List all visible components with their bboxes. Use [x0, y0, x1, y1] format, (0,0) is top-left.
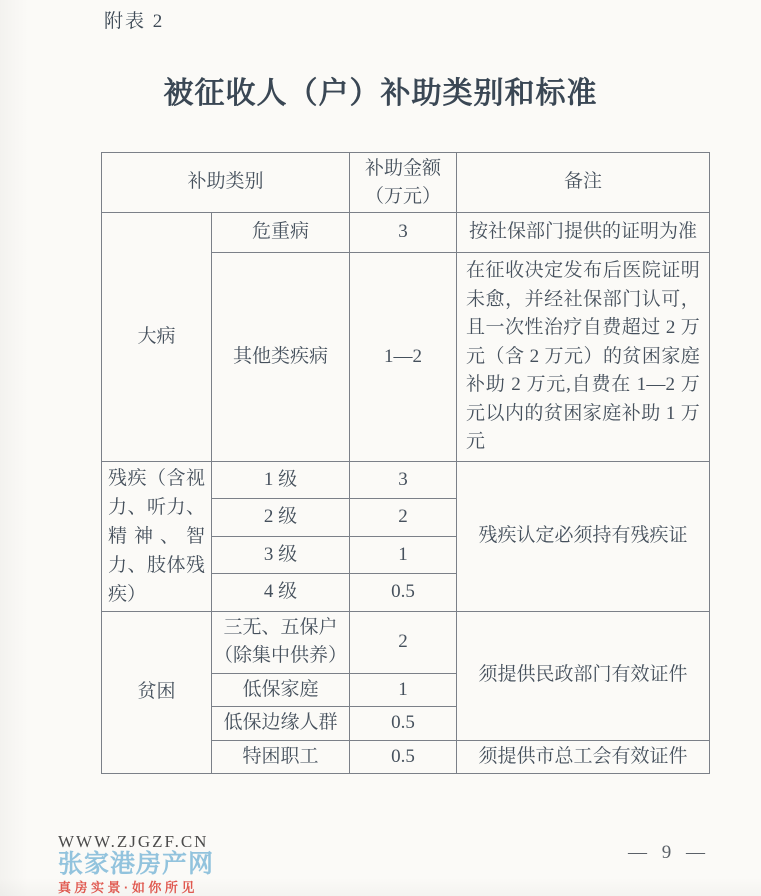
type-cell: 4 级 — [212, 574, 350, 612]
amount-cell: 2 — [350, 499, 457, 537]
type-cell: 3 级 — [212, 536, 350, 574]
amount-cell: 3 — [350, 461, 457, 499]
table-row-critical-illness: 大病 危重病 3 按社保部门提供的证明为准 — [102, 213, 710, 253]
type-cell: 特困职工 — [212, 740, 350, 774]
amount-cell: 2 — [350, 611, 457, 673]
amount-cell: 0.5 — [350, 740, 457, 774]
amount-cell: 1—2 — [350, 253, 457, 462]
remark-union-cell: 须提供市总工会有效证件 — [457, 740, 710, 774]
subsidy-table: 补助类别 补助金额 （万元） 备注 大病 危重病 3 按社保部门提供的证明为准 … — [101, 152, 710, 774]
remark-civil-affairs-cell: 须提供民政部门有效证件 — [457, 611, 710, 740]
type-cell: 低保家庭 — [212, 673, 350, 707]
header-amount-line1: 补助金额 — [354, 155, 452, 183]
table-row-disability-1: 残疾（含视力、听力、精神、智力、肢体残疾） 1 级 3 残疾认定必须持有残疾证 — [102, 461, 710, 499]
amount-cell: 1 — [350, 673, 457, 707]
header-category-cell: 补助类别 — [102, 153, 350, 213]
category-poverty-cell: 贫困 — [102, 611, 212, 774]
site-watermark: WWW.ZJGZF.CN 张家港房产网 真房实景·如你所见 — [58, 833, 214, 894]
amount-cell: 3 — [350, 213, 457, 253]
page-number: — 9 — — [628, 842, 710, 864]
document-page: 附表 2 被征收人（户）补助类别和标准 补助类别 补助金额 （万元） 备注 大病… — [0, 0, 761, 896]
appendix-label: 附表 2 — [104, 6, 164, 33]
watermark-site-name: 张家港房产网 — [58, 852, 214, 877]
remark-cell: 按社保部门提供的证明为准 — [457, 213, 710, 253]
type-cell: 其他类疾病 — [212, 253, 350, 462]
header-amount-line2: （万元） — [354, 183, 452, 211]
remark-disability-cell: 残疾认定必须持有残疾证 — [457, 461, 710, 611]
table-row-sanwu-wubao: 贫困 三无、五保户（除集中供养） 2 须提供民政部门有效证件 — [102, 611, 710, 673]
amount-cell: 0.5 — [350, 574, 457, 612]
watermark-slogan: 真房实景·如你所见 — [58, 881, 214, 894]
remark-cell: 在征收决定发布后医院证明未愈，并经社保部门认可，且一次性治疗自费超过 2 万元（… — [457, 253, 710, 462]
type-cell: 危重病 — [212, 213, 350, 253]
page-title: 被征收人（户）补助类别和标准 — [0, 68, 761, 112]
amount-cell: 1 — [350, 536, 457, 574]
type-cell: 2 级 — [212, 499, 350, 537]
header-remark-cell: 备注 — [457, 153, 710, 213]
watermark-url: WWW.ZJGZF.CN — [58, 833, 214, 850]
type-cell: 三无、五保户（除集中供养） — [212, 611, 350, 673]
table-header-row: 补助类别 补助金额 （万元） 备注 — [102, 153, 710, 213]
type-cell: 1 级 — [212, 461, 350, 499]
header-amount-cell: 补助金额 （万元） — [350, 153, 457, 213]
amount-cell: 0.5 — [350, 707, 457, 741]
type-cell: 低保边缘人群 — [212, 707, 350, 741]
category-serious-illness-cell: 大病 — [102, 213, 212, 462]
category-disability-cell: 残疾（含视力、听力、精神、智力、肢体残疾） — [102, 461, 212, 611]
